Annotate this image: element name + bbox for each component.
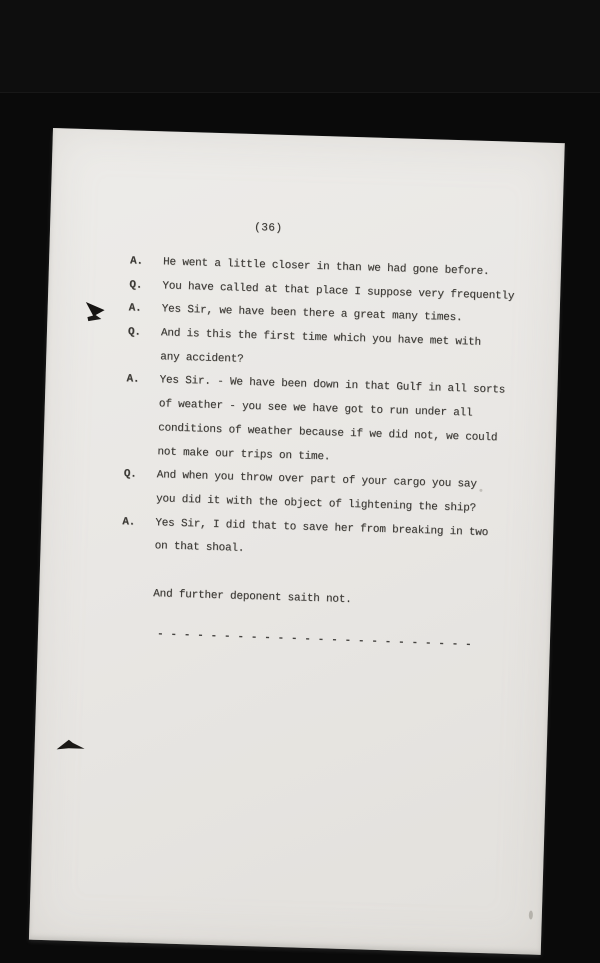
qa-speaker-label: A. — [122, 511, 156, 536]
margin-pointer-mark — [83, 300, 110, 327]
scanned-photo: (36) A. He went a little closer in than … — [0, 0, 600, 963]
qa-speaker-label: A. — [128, 298, 162, 323]
qa-speaker-label: Q. — [123, 463, 157, 488]
qa-speaker-label: Q. — [129, 274, 163, 299]
qa-speaker-label — [121, 534, 155, 559]
end-divider-dashes: - - - - - - - - - - - - - - - - - - - - … — [157, 629, 472, 652]
background-seam-line — [0, 92, 600, 93]
qa-speaker-label: A. — [126, 369, 160, 394]
qa-speaker-label — [127, 345, 161, 370]
margin-triangle-mark — [57, 737, 87, 752]
qa-speaker-label — [125, 416, 159, 441]
page-number: (36) — [254, 222, 283, 235]
testimony-block: A. He went a little closer in than we ha… — [121, 250, 540, 570]
qa-speaker-label — [125, 392, 159, 417]
qa-speaker-label: Q. — [128, 321, 162, 346]
qa-line-text: on that shoal. — [154, 535, 244, 561]
document-page: (36) A. He went a little closer in than … — [29, 128, 565, 955]
background-top-band — [0, 0, 600, 92]
qa-speaker-label — [123, 487, 157, 512]
qa-line-text: any accident? — [160, 346, 244, 372]
paper-speck — [529, 910, 533, 919]
qa-speaker-label — [124, 440, 158, 465]
paper-speck — [479, 489, 482, 492]
qa-speaker-label: A. — [130, 250, 164, 275]
closing-statement: And further deponent saith not. — [153, 588, 352, 606]
